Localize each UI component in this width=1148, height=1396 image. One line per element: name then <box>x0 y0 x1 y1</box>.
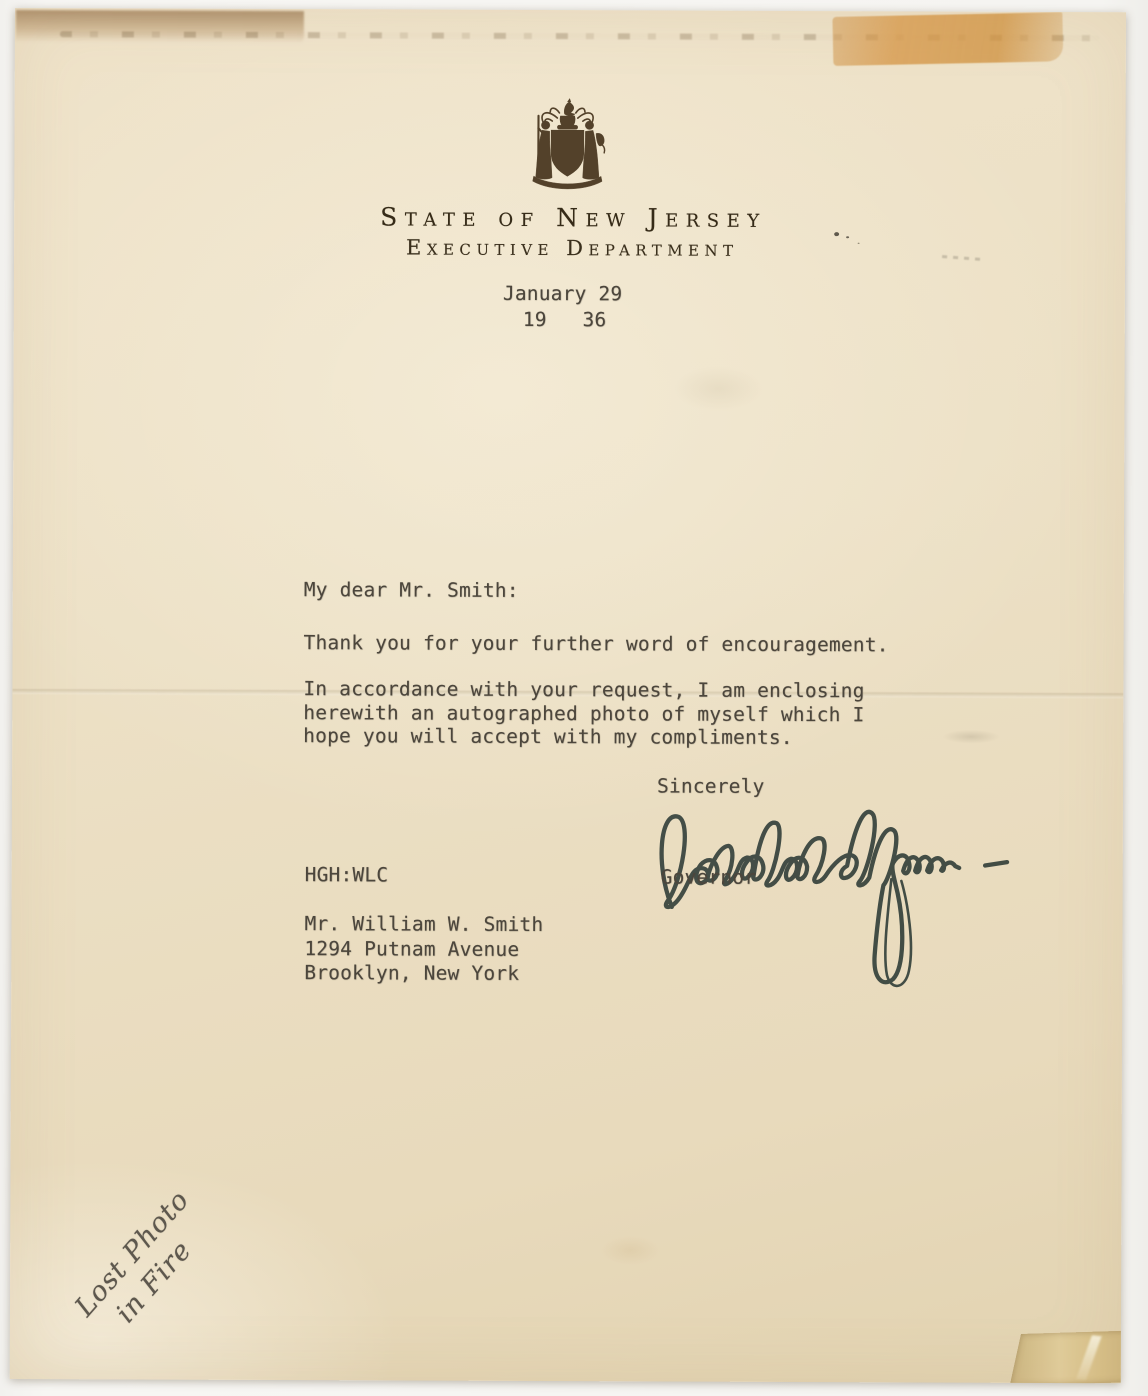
salutation: My dear Mr. Smith: <box>304 578 519 602</box>
date-line-1: January 29 <box>503 282 622 306</box>
pencil-annotation: Lost Photo in Fire <box>55 1168 270 1383</box>
paper-stain <box>600 1235 660 1265</box>
body-paragraph-1: Thank you for your further word of encou… <box>304 631 889 657</box>
recipient-address: Mr. William W. Smith 1294 Putnam Avenue … <box>304 912 543 987</box>
paper-stain <box>673 366 763 412</box>
letterhead-department: Executive Department <box>14 234 1125 262</box>
scanned-letter-page: { "letter": { "letterhead": { "seal_icon… <box>0 0 1148 1396</box>
date-line-2: 19 36 <box>523 308 607 332</box>
letterhead-organization: State of New Jersey <box>14 201 1125 234</box>
body-paragraph-2: In accordance with your request, I am en… <box>303 677 864 750</box>
pencil-smudge <box>942 730 1000 744</box>
tape-stain-top-right <box>832 12 1063 66</box>
closing-signer-title: Governor <box>661 865 757 889</box>
letter-paper: State of New Jersey Executive Department… <box>10 8 1126 1383</box>
tape-piece-bottom-right <box>1010 1330 1126 1383</box>
tape-residue-top-left <box>16 10 304 45</box>
nj-coat-of-arms-icon <box>516 98 618 196</box>
governor-signature <box>640 781 1024 1009</box>
typist-reference-initials: HGH:WLC <box>305 863 389 887</box>
